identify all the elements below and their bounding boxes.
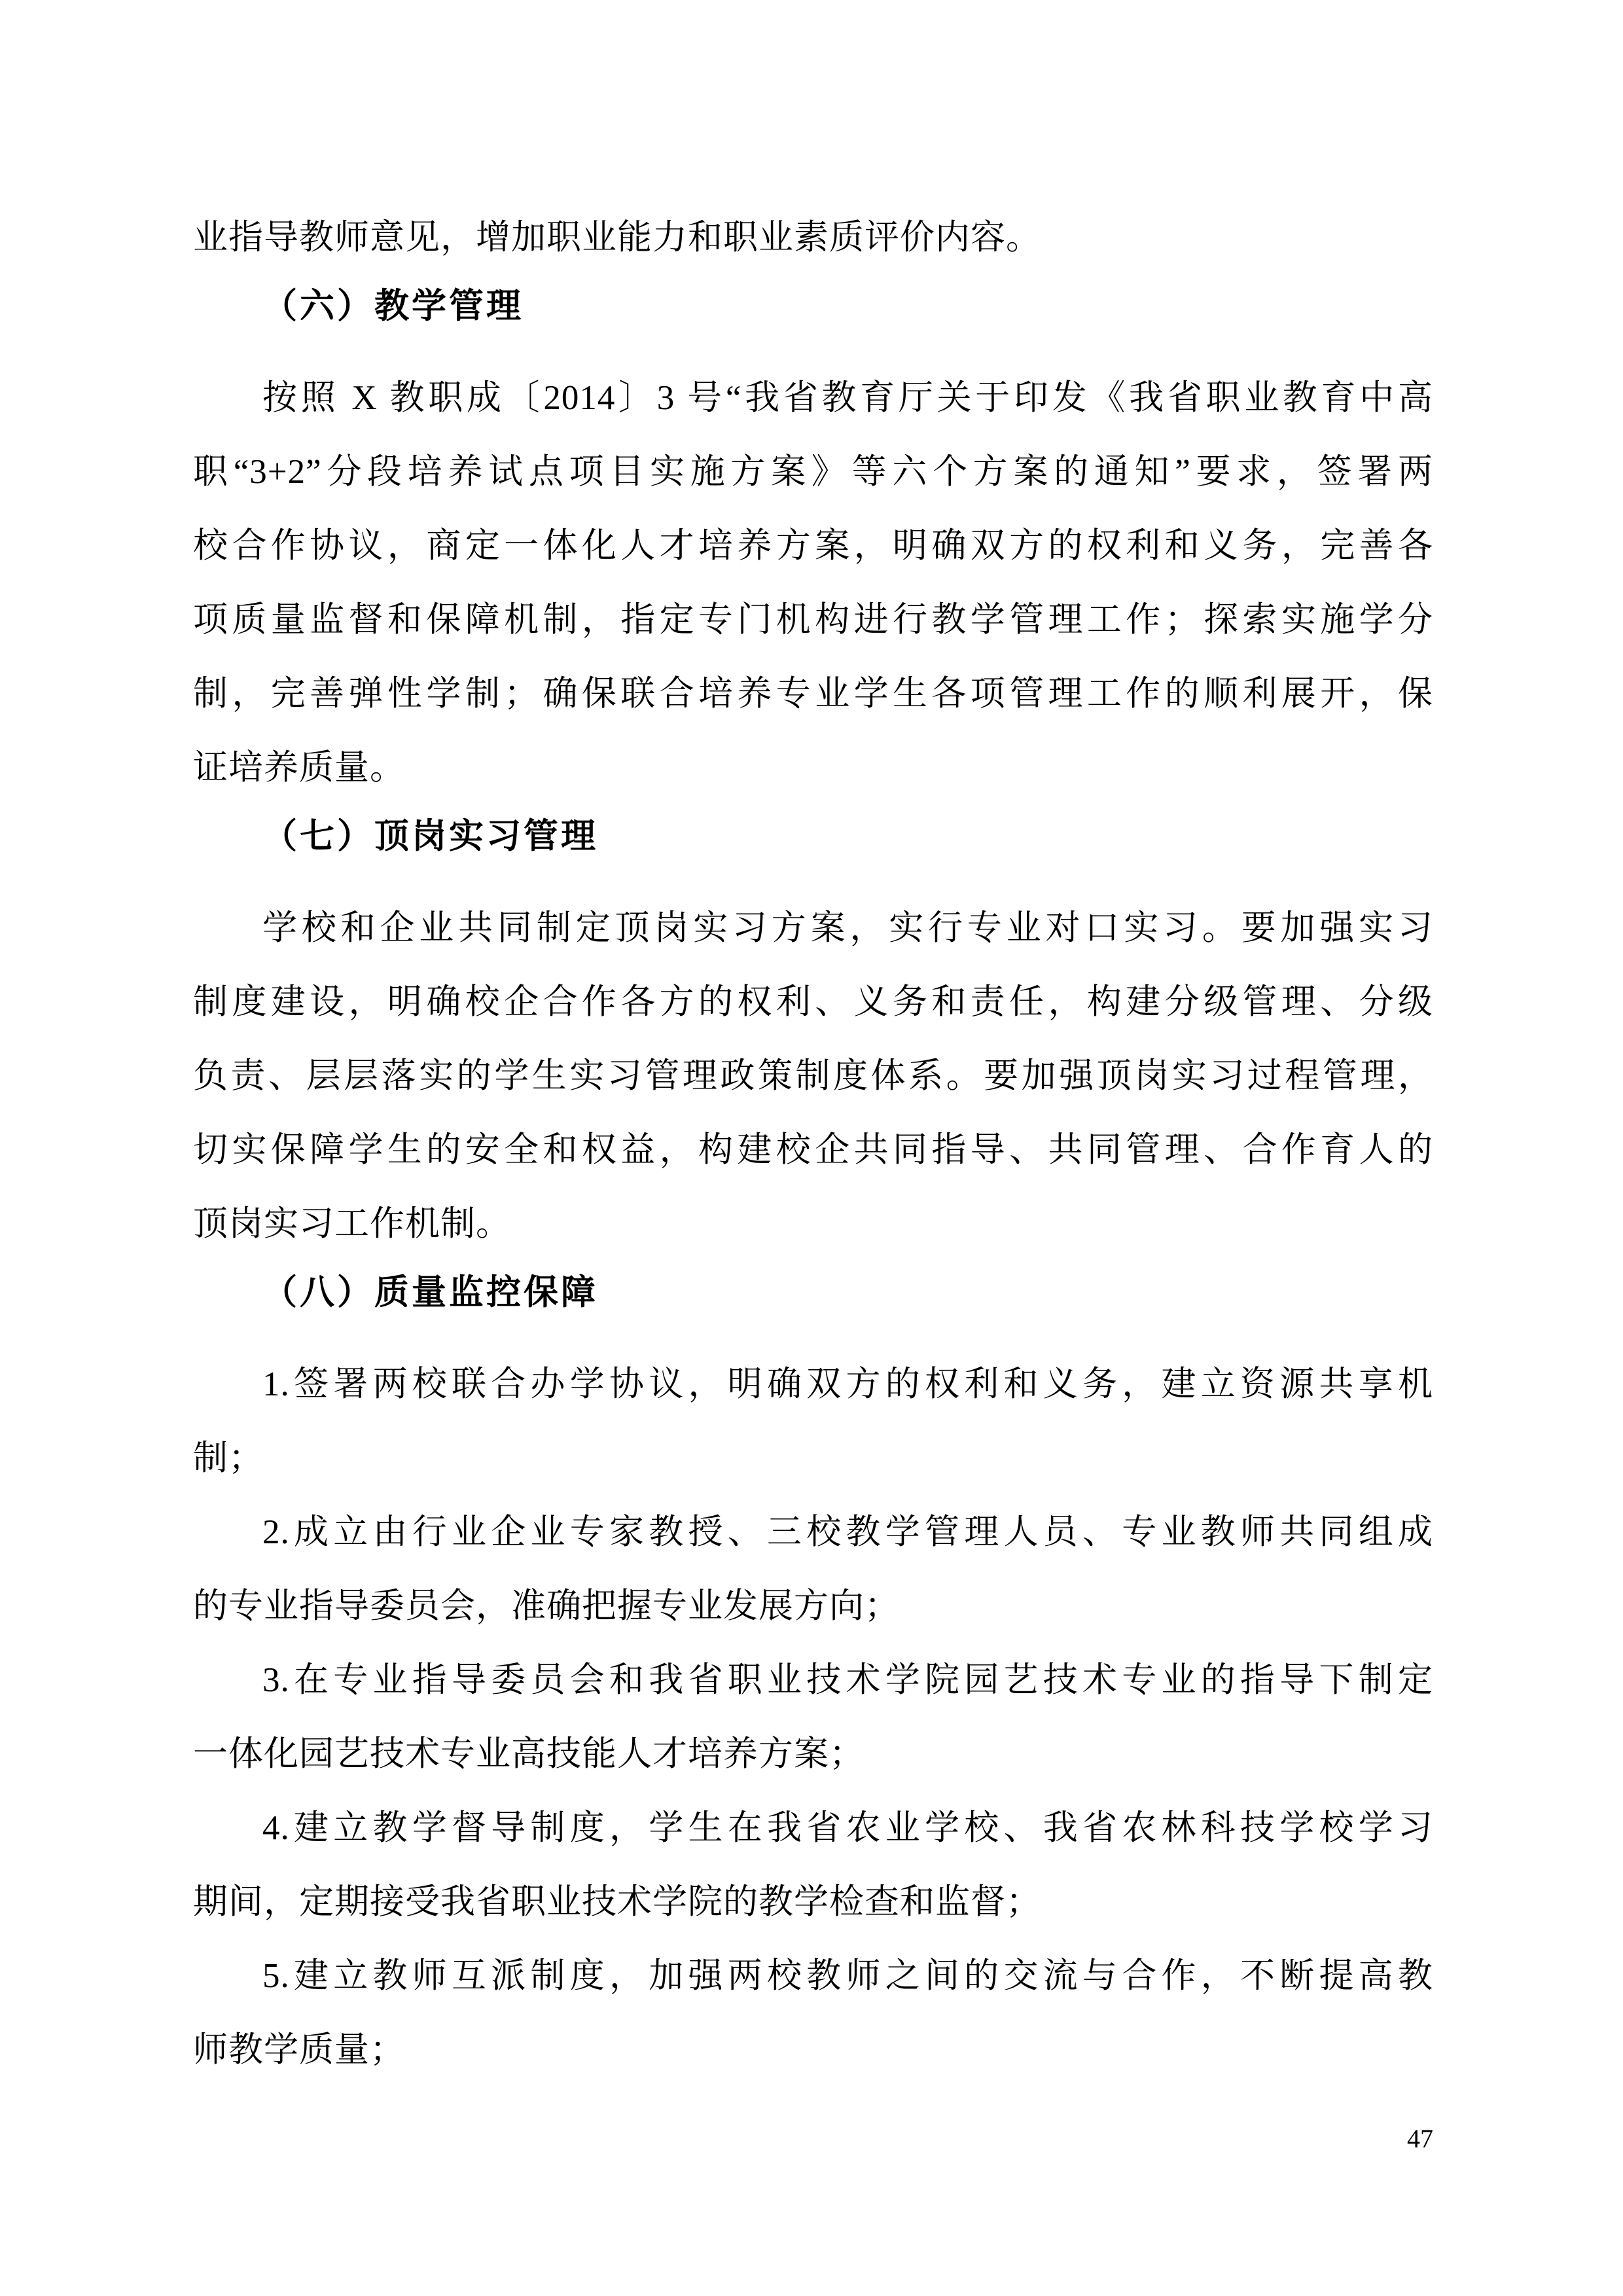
text-line: 学校和企业共同制定顶岗实习方案，实行专业对口实习。要加强实习 [193,891,1433,965]
text-line: 业指导教师意见，增加职业能力和职业素质评价内容。 [193,201,1433,275]
document-page: 业指导教师意见，增加职业能力和职业素质评价内容。（六）教学管理按照 X 教职成〔… [0,0,1623,2296]
text-line: 3.在专业指导委员会和我省职业技术学院园艺技术专业的指导下制定 [193,1643,1433,1717]
text-line: 期间，定期接受我省职业技术学院的教学检查和监督； [193,1865,1433,1939]
text-line: 按照 X 教职成〔2014〕3 号“我省教育厅关于印发《我省职业教育中高 [193,361,1433,435]
text-line: 4.建立教学督导制度，学生在我省农业学校、我省农林科技学校学习 [193,1791,1433,1865]
text-line: 一体化园艺技术专业高技能人才培养方案； [193,1717,1433,1791]
text-line: 制，完善弹性学制；确保联合培养专业学生各项管理工作的顺利展开，保 [193,657,1433,731]
text-line: 证培养质量。 [193,731,1433,805]
section-heading: （六）教学管理 [193,270,1433,344]
text-body: 业指导教师意见，增加职业能力和职业素质评价内容。（六）教学管理按照 X 教职成〔… [193,201,1433,2087]
text-line: 5.建立教师互派制度，加强两校教师之间的交流与合作，不断提高教 [193,1939,1433,2013]
section-heading: （八）质量监控保障 [193,1256,1433,1330]
text-line: 项质量监督和保障机制，指定专门机构进行教学管理工作；探索实施学分 [193,583,1433,657]
section-heading: （七）顶岗实习管理 [193,800,1433,874]
text-line: 负责、层层落实的学生实习管理政策制度体系。要加强顶岗实习过程管理， [193,1039,1433,1113]
page-number: 47 [193,2126,1433,2152]
text-line: 制； [193,1422,1433,1496]
text-line: 师教学质量； [193,2013,1433,2087]
text-line: 制度建设，明确校企合作各方的权利、义务和责任，构建分级管理、分级 [193,965,1433,1039]
text-line: 校合作协议，商定一体化人才培养方案，明确双方的权利和义务，完善各 [193,509,1433,583]
text-line: 2.成立由行业企业专家教授、三校教学管理人员、专业教师共同组成 [193,1496,1433,1570]
text-line: 1.签署两校联合办学协议，明确双方的权利和义务，建立资源共享机 [193,1348,1433,1422]
text-line: 职“3+2”分段培养试点项目实施方案》等六个方案的通知”要求，签署两 [193,435,1433,509]
text-line: 的专业指导委员会，准确把握专业发展方向； [193,1570,1433,1643]
text-line: 顶岗实习工作机制。 [193,1187,1433,1261]
text-line: 切实保障学生的安全和权益，构建校企共同指导、共同管理、合作育人的 [193,1113,1433,1187]
